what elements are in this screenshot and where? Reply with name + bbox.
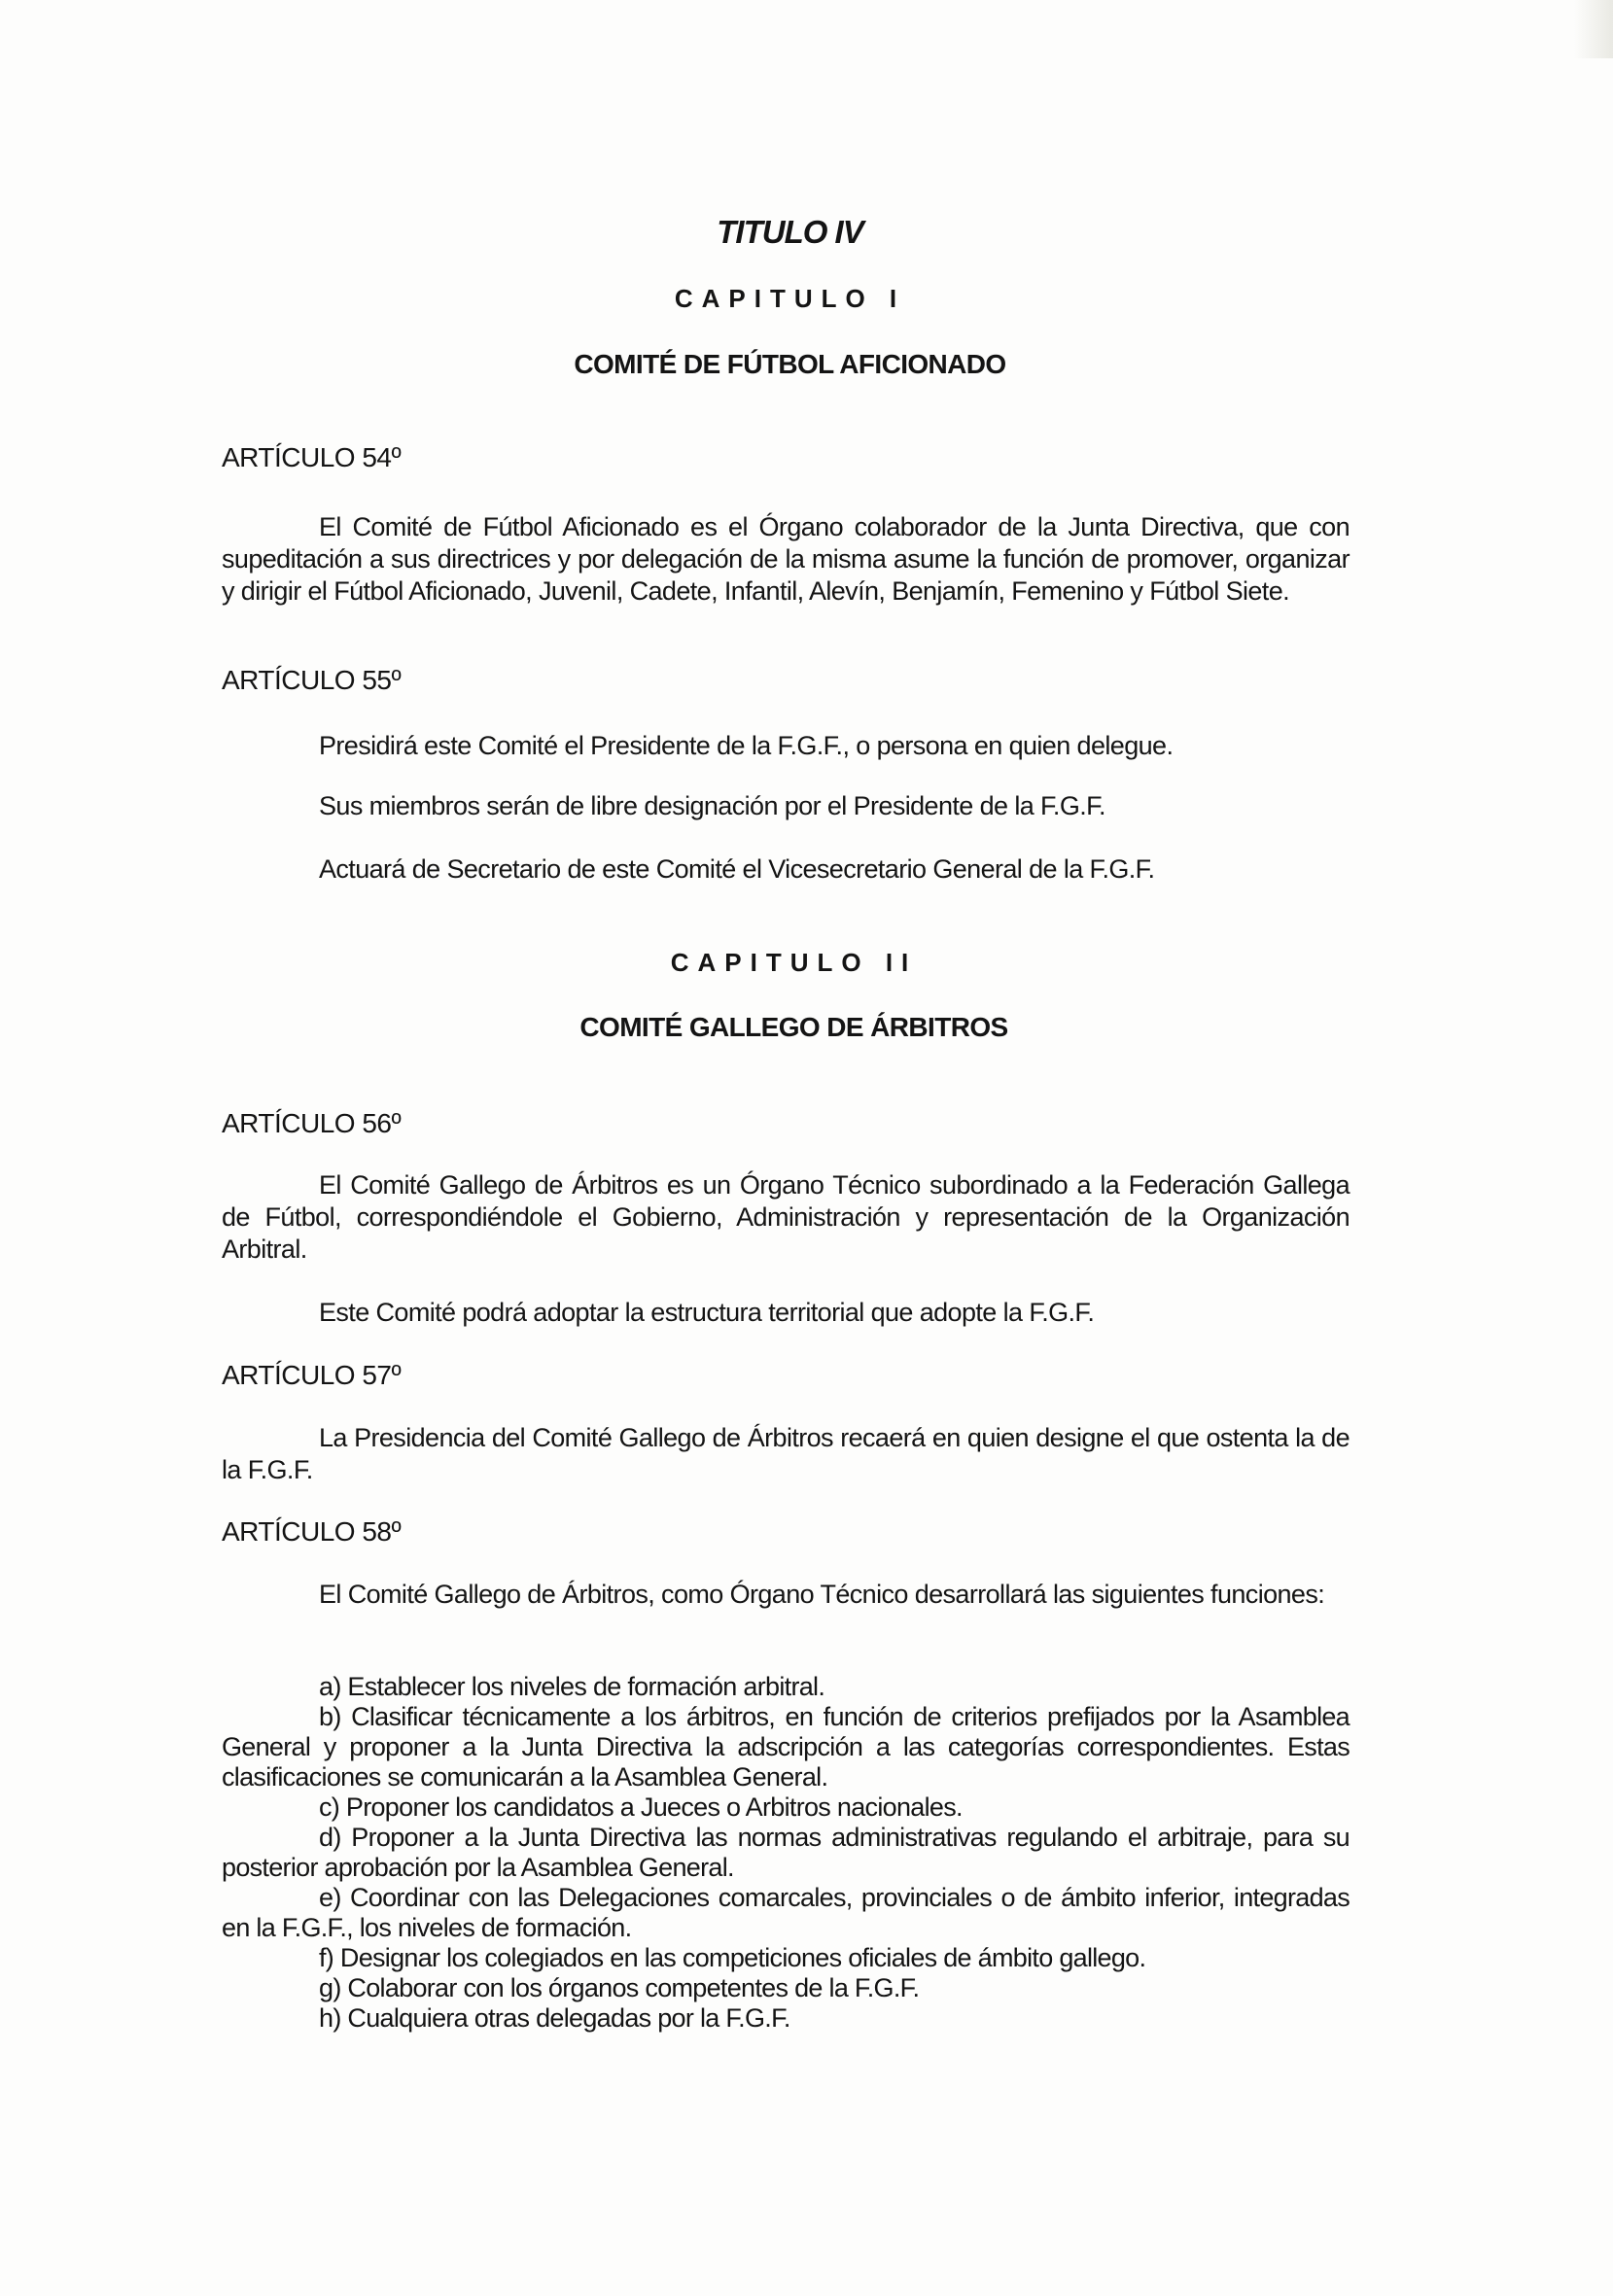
article-56-label: ARTÍCULO 56º	[222, 1108, 401, 1139]
list-item-h: h) Cualquiera otras delegadas por la F.G…	[222, 2003, 1350, 2034]
article-58-text: El Comité Gallego de Árbitros, como Órga…	[222, 1579, 1350, 1611]
list-item-b: b) Clasificar técnicamente a los árbitro…	[222, 1702, 1350, 1792]
capitulo-1-heading: CAPITULO I	[0, 284, 1580, 314]
list-item-e: e) Coordinar con las Delegaciones comarc…	[222, 1883, 1350, 1943]
article-54-body: El Comité de Fútbol Aficionado es el Órg…	[222, 512, 1350, 606]
capitulo-2-title: COMITÉ GALLEGO DE ÁRBITROS	[4, 1012, 1584, 1043]
document-page: TITULO IV CAPITULO I COMITÉ DE FÚTBOL AF…	[0, 0, 1613, 2296]
article-58-functions-list: a) Establecer los niveles de formación a…	[222, 1672, 1350, 2034]
article-58-label: ARTÍCULO 58º	[222, 1516, 401, 1548]
article-55-label: ARTÍCULO 55º	[222, 665, 401, 696]
list-item-d: d) Proponer a la Junta Directiva las nor…	[222, 1823, 1350, 1883]
list-item-f: f) Designar los colegiados en las compet…	[222, 1943, 1350, 1973]
article-57-body: La Presidencia del Comité Gallego de Árb…	[222, 1423, 1350, 1484]
list-item-c: c) Proponer los candidatos a Jueces o Ar…	[222, 1792, 1350, 1823]
article-54-text: El Comité de Fútbol Aficionado es el Órg…	[222, 511, 1350, 608]
list-item-g: g) Colaborar con los órganos competentes…	[222, 1973, 1350, 2003]
article-56-body: El Comité Gallego de Árbitros es un Órga…	[222, 1170, 1350, 1264]
article-56-text: El Comité Gallego de Árbitros es un Órga…	[222, 1169, 1350, 1266]
article-55-line-2: Sus miembros serán de libre designación …	[319, 791, 1105, 821]
article-55-line-3: Actuará de Secretario de este Comité el …	[319, 854, 1154, 885]
capitulo-1-title: COMITÉ DE FÚTBOL AFICIONADO	[0, 349, 1580, 380]
article-55-line-1: Presidirá este Comité el Presidente de l…	[319, 731, 1173, 761]
article-54-label: ARTÍCULO 54º	[222, 442, 401, 473]
article-56-line-2: Este Comité podrá adoptar la estructura …	[319, 1298, 1094, 1328]
titulo-heading: TITULO IV	[0, 214, 1580, 251]
list-item-a: a) Establecer los niveles de formación a…	[222, 1672, 1350, 1702]
article-58-body: El Comité Gallego de Árbitros, como Órga…	[319, 1580, 1324, 1609]
article-57-label: ARTÍCULO 57º	[222, 1360, 401, 1391]
capitulo-2-heading: CAPITULO II	[4, 948, 1584, 978]
article-57-text: La Presidencia del Comité Gallego de Árb…	[222, 1422, 1350, 1486]
